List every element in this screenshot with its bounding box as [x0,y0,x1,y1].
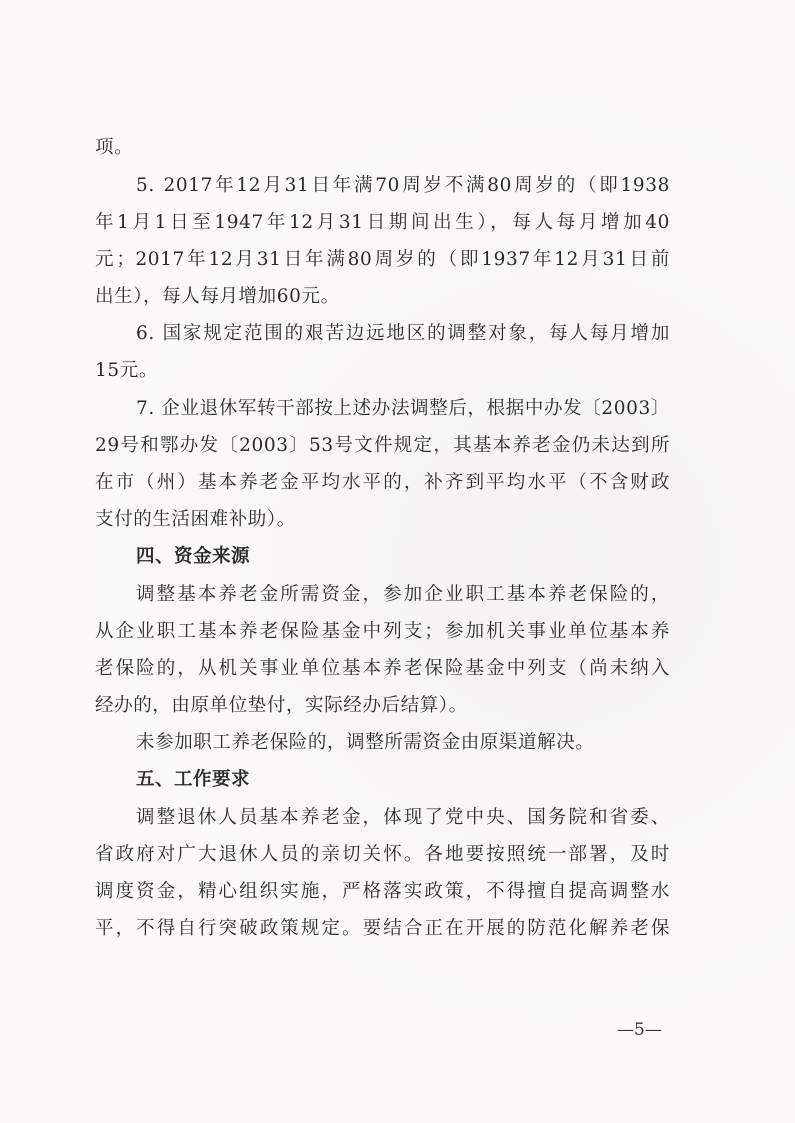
text-line: 年1月1日至1947年12月31日期间出生），每人每月增加40 [95,211,670,235]
text-line: 经办的，由原单位垫付，实际经办后结算）。 [95,694,670,718]
text-line: 老保险的，从机关事业单位基本养老保险基金中列支（尚未纳入 [95,657,670,681]
text-line: 6. 国家规定范围的艰苦边远地区的调整对象，每人每月增加 [136,322,670,346]
text-line: 5. 2017年12月31日年满70周岁不满80周岁的（即1938 [136,174,670,198]
text-line: 29号和鄂办发〔2003〕53号文件规定，其基本养老金仍未达到所 [95,434,670,458]
text-line: 15元。 [95,359,670,383]
text-line: 支付的生活困难补助）。 [95,508,670,532]
text-line: 未参加职工养老保险的，调整所需资金由原渠道解决。 [136,731,670,755]
text-line: 7. 企业退休军转干部按上述办法调整后，根据中办发〔2003〕 [136,397,670,421]
text-line: 平，不得自行突破政策规定。要结合正在开展的防范化解养老保 [95,917,670,941]
text-line: 省政府对广大退休人员的亲切关怀。各地要按照统一部署，及时 [95,843,670,867]
document-page: 项。5. 2017年12月31日年满70周岁不满80周岁的（即1938年1月1日… [0,0,795,1123]
section-heading-work-requirements: 五、工作要求 [136,768,250,792]
text-line: 调整退休人员基本养老金，体现了党中央、国务院和省委、 [136,806,670,830]
text-line: 调度资金，精心组织实施，严格落实政策，不得擅自提高调整水 [95,880,670,904]
text-line: 从企业职工基本养老保险基金中列支；参加机关事业单位基本养 [95,620,670,644]
text-line: 在市（州）基本养老金平均水平的，补齐到平均水平（不含财政 [95,471,670,495]
text-line: 出生），每人每月增加60元。 [95,285,670,309]
text-line: 调整基本养老金所需资金，参加企业职工基本养老保险的， [136,583,670,607]
page-number: —5— [617,1020,662,1040]
text-line: 元；2017年12月31日年满80周岁的（即1937年12月31日前 [95,248,670,272]
section-heading-funding-source: 四、资金来源 [136,545,250,569]
text-line: 项。 [95,136,670,160]
